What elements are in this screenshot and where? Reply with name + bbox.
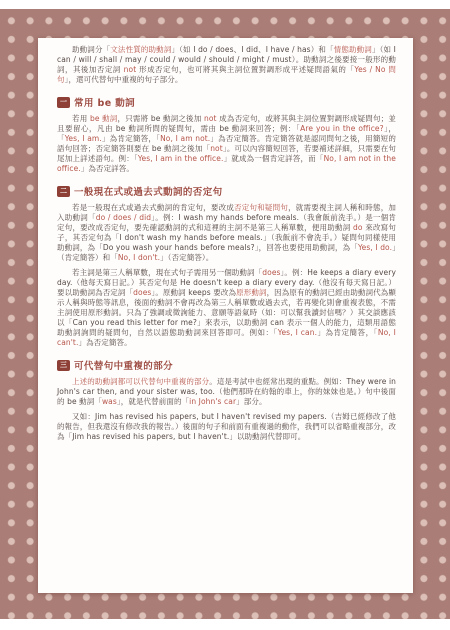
text-segment: in John's car (189, 397, 236, 406)
text-segment: 」為否定詳答。 (81, 164, 134, 173)
section-number-icon: 一 (57, 97, 70, 108)
section-paragraph: 又如：Jim has revised his papers, but I hav… (57, 412, 396, 442)
section-title: 一般現在式或過去式動詞的否定句 (74, 184, 223, 198)
text-segment: Yes, I am. (65, 134, 102, 143)
intro-paragraph: 助動詞分「文法性質的助動詞」（如 I do / does、I did、I hav… (57, 45, 396, 85)
text-segment: 原形動詞 (236, 288, 266, 297)
sections-container: 一 常用 be 動詞 若用 be 動詞，只需將 be 動詞之後加 not 成為否… (57, 95, 396, 442)
section-paragraph: 若是一般現在式或過去式動詞的肯定句，要改成否定句和疑問句，就需要視主詞人稱和時態… (57, 203, 396, 263)
text-segment: 若用 (72, 114, 90, 123)
text-segment: 」。原動詞 keeps 要改為 (151, 288, 236, 297)
section-heading: 二 一般現在式或過去式動詞的否定句 (57, 184, 396, 198)
section: 三 可代替句中重複的部分 上述的助動詞都可以代替句中重複的部分。這是考試中也經常… (57, 358, 396, 442)
text-segment: 」為肯定簡答，「 (317, 328, 378, 337)
section-paragraph: 若主詞是第三人稱單數，現在式句子需用另一個助動詞「does」。例：He keep… (57, 268, 396, 348)
text-segment: 又如：Jim has revised his papers, but I hav… (57, 412, 396, 441)
text-segment: does (133, 288, 151, 297)
text-segment: 」（如 I do / does、I did、I have / has）和「 (171, 45, 333, 54)
text-segment: No, I am not. (160, 134, 210, 143)
text-segment: ，只需將 be 動詞之後加 (118, 114, 205, 123)
text-segment: 文法性質的助動詞 (110, 45, 171, 54)
section: 一 常用 be 動詞 若用 be 動詞，只需將 be 動詞之後加 not 成為否… (57, 95, 396, 174)
text-segment: 上述的助動詞都可以代替句中重複的部分 (72, 377, 209, 386)
section-number-icon: 二 (57, 186, 70, 197)
section-title: 可代替句中重複的部分 (74, 358, 173, 372)
text-segment: 」就成為一個肯定詳答，而「 (223, 154, 323, 163)
text-segment: 」，就是代替前面的「 (117, 397, 189, 406)
section-number-icon: 三 (57, 360, 70, 371)
text-segment: 」（否定簡答）。 (160, 253, 213, 262)
text-segment: 否定句和疑問句 (234, 203, 288, 212)
text-segment: No, I don't. (118, 253, 160, 262)
section-title: 常用 be 動詞 (74, 95, 135, 109)
text-segment: not (210, 144, 223, 153)
text-segment: 情態助動詞 (334, 45, 372, 54)
section-paragraph: 若用 be 動詞，只需將 be 動詞之後加 not 成為否定句，或將其與主詞位置… (57, 114, 396, 174)
text-segment: not (124, 65, 137, 74)
book-page: 助動詞分「文法性質的助動詞」（如 I do / does、I did、I hav… (38, 38, 413, 593)
text-segment: not (204, 114, 217, 123)
text-segment: 」為肯定簡答，「 (102, 134, 160, 143)
text-segment: 助動詞分「 (72, 45, 110, 54)
section-paragraph: 上述的助動詞都可以代替句中重複的部分。這是考試中也經常出現的重點。例如：They… (57, 377, 396, 407)
text-segment: do / does / did (96, 213, 151, 222)
text-segment: 」部分。 (236, 397, 266, 406)
text-segment: 形成否定句，也可將其與主詞位置對調形成平述疑問語氣的「 (136, 65, 354, 74)
text-segment: do (353, 223, 363, 232)
section-heading: 一 常用 be 動詞 (57, 95, 396, 109)
text-segment: 」為否定簡答。 (78, 338, 131, 347)
text-segment: Yes, I am in the office. (138, 154, 224, 163)
text-segment: be 動詞 (90, 114, 118, 123)
section-heading: 三 可代替句中重複的部分 (57, 358, 396, 372)
text-segment: 若是一般現在式或過去式動詞的肯定句，要改成 (72, 203, 234, 212)
text-segment: does (262, 268, 280, 277)
text-segment: Are you in the office? (300, 124, 384, 133)
text-segment: was (102, 397, 117, 406)
text-segment: 」，還可代替句中重複的句子部分。 (65, 75, 183, 84)
text-segment: 若主詞是第三人稱單數，現在式句子需用另一個助動詞「 (72, 268, 262, 277)
text-segment: Yes, I do. (358, 243, 392, 252)
section: 二 一般現在式或過去式動詞的否定句 若是一般現在式或過去式動詞的肯定句，要改成否… (57, 184, 396, 348)
text-segment: Yes, I can. (278, 328, 317, 337)
